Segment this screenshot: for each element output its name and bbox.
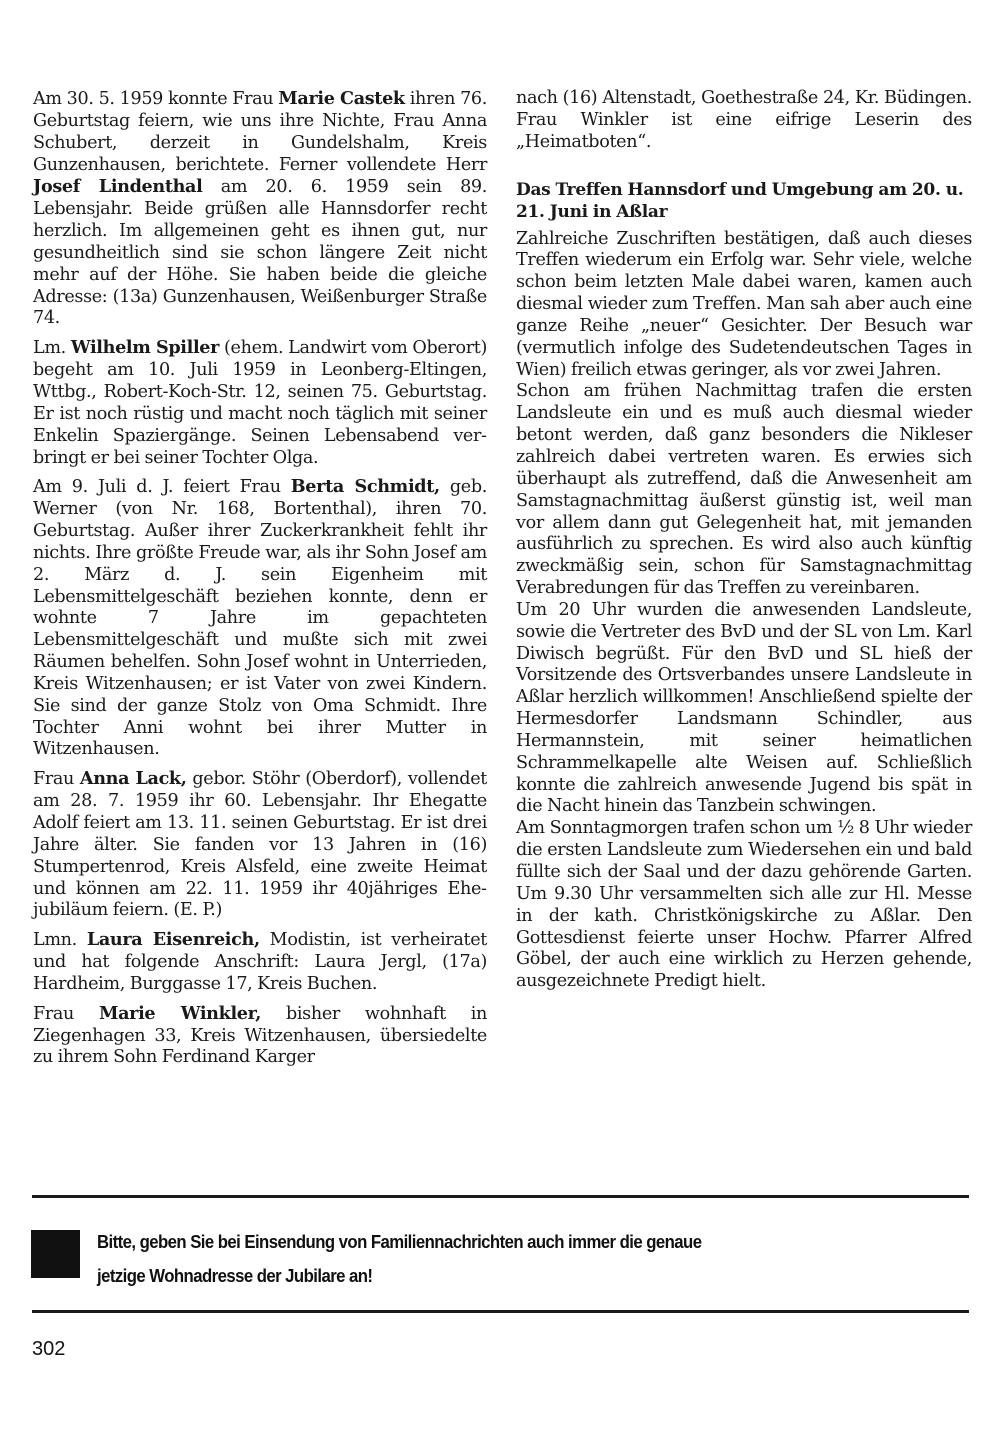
article-paragraph: Schon am frühen Nachmittag trafen die er… xyxy=(516,381,972,599)
person-name: Wilhelm Spiller xyxy=(71,337,219,358)
person-name: Josef Linden­thal xyxy=(33,176,202,197)
divider-bottom xyxy=(32,1310,969,1313)
right-column: nach (16) Altenstadt, Goethestraße 24, K… xyxy=(516,88,972,993)
person-name: Laura Eisenreich, xyxy=(87,929,260,950)
person-name: Anna Lack, xyxy=(80,768,187,789)
notice-line-1: Bitte, geben Sie bei Einsendung von Fami… xyxy=(97,1225,906,1259)
announcement-winkler-continued: nach (16) Altenstadt, Goethestraße 24, K… xyxy=(516,88,972,154)
announcement-lack: Frau Anna Lack, gebor. Stöhr (Oberdorf),… xyxy=(33,768,487,922)
divider-top xyxy=(32,1195,969,1198)
notice-line-2: jetzige Wohnadresse der Jubilare an! xyxy=(97,1259,906,1293)
person-name: Marie Castek xyxy=(278,88,405,109)
black-square-marker xyxy=(31,1230,80,1278)
person-name: Berta Schmidt, xyxy=(291,476,440,497)
announcement-winkler: Frau Marie Winkler, bisher wohnhaft in Z… xyxy=(33,1003,487,1070)
announcement-castek-lindenthal: Am 30. 5. 1959 konnte Frau Marie Castek … xyxy=(33,88,487,330)
announcement-spiller: Lm. Wilhelm Spiller (ehem. Landwirt vom … xyxy=(33,337,487,469)
notice: Bitte, geben Sie bei Einsendung von Fami… xyxy=(97,1225,906,1293)
article-paragraph: Zahlreiche Zuschriften bestätigen, daß a… xyxy=(516,229,972,382)
person-name: Marie Winkler, xyxy=(99,1003,261,1024)
article-heading: Das Treffen Hannsdorf und Umgebung am 20… xyxy=(516,179,972,223)
announcement-schmidt: Am 9. Juli d. J. feiert Frau Berta Schmi… xyxy=(33,476,487,761)
announcement-eisenreich: Lmn. Laura Eisenreich, Modistin, ist ver… xyxy=(33,929,487,996)
page-number: 302 xyxy=(32,1338,65,1361)
article-paragraph: Um 20 Uhr wurden die anwesenden Lands­le… xyxy=(516,600,972,818)
left-column: Am 30. 5. 1959 konnte Frau Marie Castek … xyxy=(33,88,487,1076)
article-paragraph: Am Sonntagmorgen trafen schon um ½ 8 Uhr… xyxy=(516,818,972,993)
